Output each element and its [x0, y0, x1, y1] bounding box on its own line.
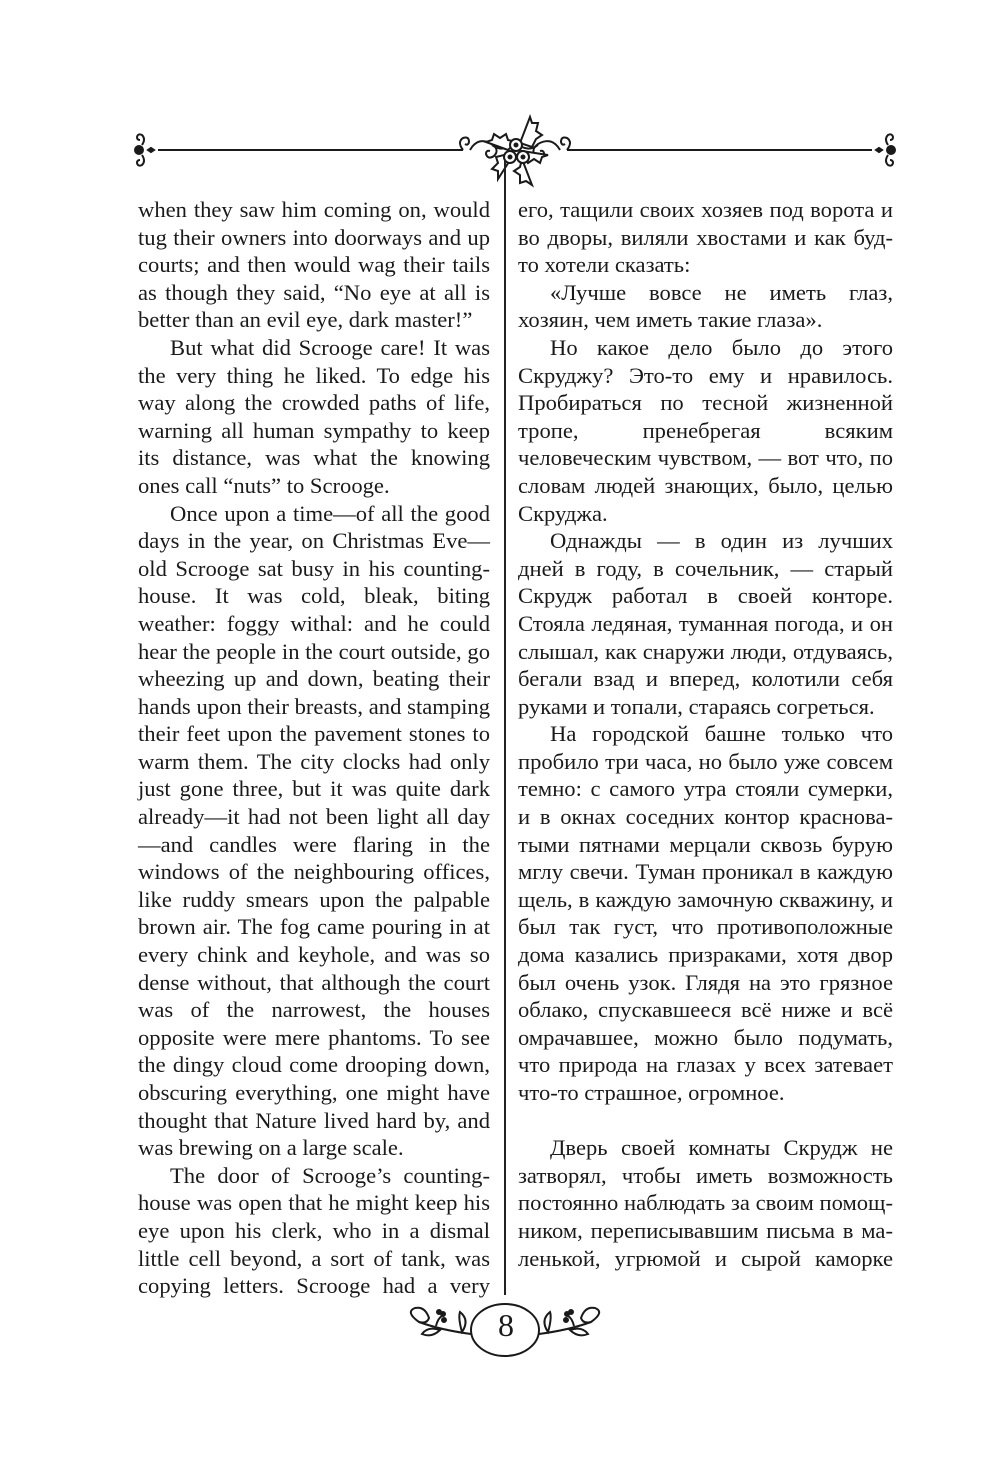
paragraph: The door of Scrooge’s count­ing-house wa… — [138, 1162, 490, 1300]
page-number: 8 — [470, 1300, 542, 1350]
paragraph: Однажды — в один из лучших дней в году, … — [518, 527, 893, 720]
paragraph: На городской башне только что пробило тр… — [518, 720, 893, 1106]
paragraph: when they saw him coming on, would tug t… — [138, 196, 490, 334]
paragraph: его, тащили своих хозяев под ворота и во… — [518, 196, 893, 279]
paragraph: Once upon a time—of all the good days in… — [138, 500, 490, 1162]
holly-flourish-header-icon — [130, 105, 900, 195]
english-text-column: when they saw him coming on, would tug t… — [138, 196, 490, 1300]
paragraph: But what did Scrooge care! It was the ve… — [138, 334, 490, 500]
paragraph: Дверь своей комнаты Скрудж не затворял, … — [518, 1134, 893, 1272]
russian-text-column: его, тащили своих хозяев под ворота и во… — [518, 196, 893, 1272]
paragraph: «Лучше вовсе не иметь глаз, хозяин, чем … — [518, 279, 893, 334]
column-divider — [504, 160, 506, 1295]
book-page: when they saw him coming on, would tug t… — [0, 0, 1000, 1467]
paragraph: Но какое дело было до этого Скруд­жу? Эт… — [518, 334, 893, 527]
